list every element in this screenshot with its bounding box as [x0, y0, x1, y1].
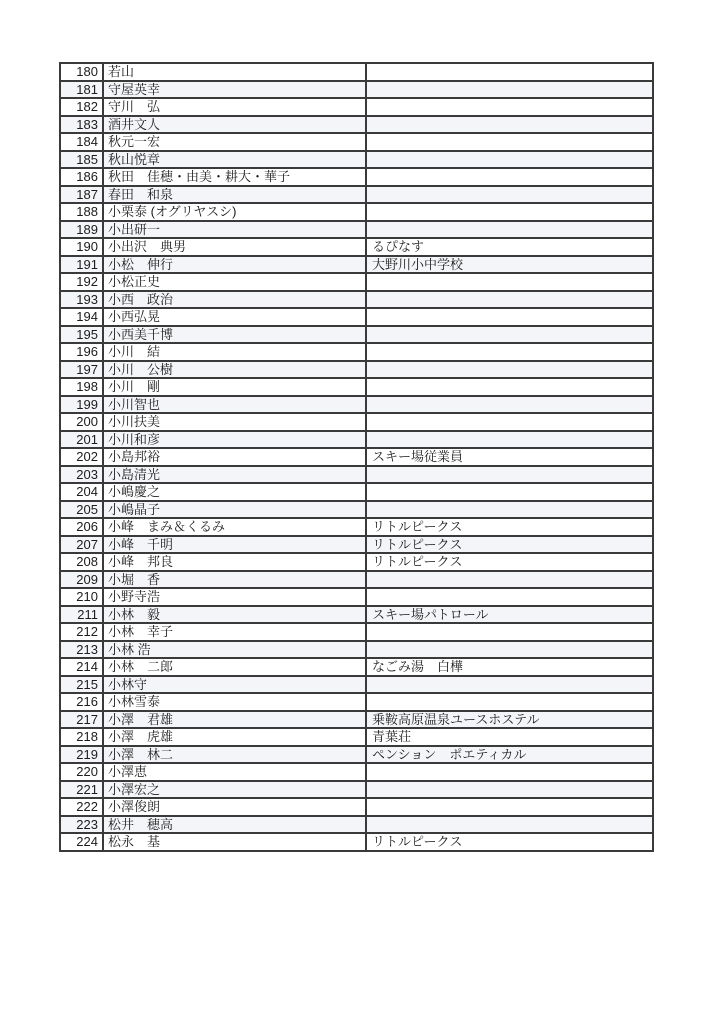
- cell-number: 204: [60, 483, 103, 501]
- table-row: 190小出沢 典男るぴなす: [60, 238, 653, 256]
- table-row: 222小澤俊朗: [60, 798, 653, 816]
- cell-name: 小林 毅: [103, 606, 366, 624]
- cell-name: 小澤恵: [103, 763, 366, 781]
- table-row: 204小嶋慶之: [60, 483, 653, 501]
- table-row: 220小澤恵: [60, 763, 653, 781]
- cell-affiliation: [366, 116, 653, 134]
- table-row: 187春田 和泉: [60, 186, 653, 204]
- cell-affiliation: [366, 291, 653, 309]
- cell-affiliation: [366, 693, 653, 711]
- cell-affiliation: [366, 326, 653, 344]
- table-row: 185秋山悦章: [60, 151, 653, 169]
- cell-name: 秋山悦章: [103, 151, 366, 169]
- cell-name: 春田 和泉: [103, 186, 366, 204]
- cell-affiliation: リトルピークス: [366, 536, 653, 554]
- cell-name: 小澤宏之: [103, 781, 366, 799]
- cell-affiliation: [366, 763, 653, 781]
- cell-number: 200: [60, 413, 103, 431]
- cell-name: 小堀 香: [103, 571, 366, 589]
- cell-affiliation: [366, 396, 653, 414]
- cell-number: 224: [60, 833, 103, 851]
- cell-number: 210: [60, 588, 103, 606]
- table-row: 215小林守: [60, 676, 653, 694]
- cell-name: 小峰 まみ＆くるみ: [103, 518, 366, 536]
- cell-name: 松永 基: [103, 833, 366, 851]
- cell-affiliation: [366, 186, 653, 204]
- cell-number: 196: [60, 343, 103, 361]
- table-row: 199小川智也: [60, 396, 653, 414]
- cell-number: 213: [60, 641, 103, 659]
- cell-affiliation: [366, 98, 653, 116]
- cell-affiliation: 乗鞍高原温泉ユースホステル: [366, 711, 653, 729]
- cell-affiliation: [366, 623, 653, 641]
- cell-number: 195: [60, 326, 103, 344]
- cell-number: 209: [60, 571, 103, 589]
- cell-number: 190: [60, 238, 103, 256]
- cell-number: 203: [60, 466, 103, 484]
- cell-affiliation: [366, 63, 653, 81]
- cell-name: 若山: [103, 63, 366, 81]
- cell-number: 193: [60, 291, 103, 309]
- cell-number: 197: [60, 361, 103, 379]
- cell-affiliation: [366, 781, 653, 799]
- cell-name: 守屋英幸: [103, 81, 366, 99]
- cell-affiliation: [366, 483, 653, 501]
- cell-number: 207: [60, 536, 103, 554]
- cell-name: 小松正史: [103, 273, 366, 291]
- table-row: 207小峰 千明リトルピークス: [60, 536, 653, 554]
- cell-name: 小峰 邦良: [103, 553, 366, 571]
- cell-affiliation: 大野川小中学校: [366, 256, 653, 274]
- cell-name: 小林雪泰: [103, 693, 366, 711]
- cell-number: 188: [60, 203, 103, 221]
- table-row: 218小澤 虎雄青葉荘: [60, 728, 653, 746]
- cell-number: 217: [60, 711, 103, 729]
- table-row: 191小松 伸行大野川小中学校: [60, 256, 653, 274]
- cell-affiliation: [366, 466, 653, 484]
- cell-name: 小西美千博: [103, 326, 366, 344]
- cell-name: 小川扶美: [103, 413, 366, 431]
- cell-name: 小嶋晶子: [103, 501, 366, 519]
- cell-number: 180: [60, 63, 103, 81]
- cell-number: 186: [60, 168, 103, 186]
- cell-affiliation: [366, 221, 653, 239]
- cell-name: 小川 剛: [103, 378, 366, 396]
- cell-name: 小川和彦: [103, 431, 366, 449]
- table-row: 212小林 幸子: [60, 623, 653, 641]
- table-row: 196小川 結: [60, 343, 653, 361]
- cell-affiliation: [366, 81, 653, 99]
- cell-number: 221: [60, 781, 103, 799]
- cell-name: 小川智也: [103, 396, 366, 414]
- table-row: 181守屋英幸: [60, 81, 653, 99]
- cell-number: 181: [60, 81, 103, 99]
- cell-name: 小林守: [103, 676, 366, 694]
- cell-number: 208: [60, 553, 103, 571]
- table-row: 217小澤 君雄乗鞍高原温泉ユースホステル: [60, 711, 653, 729]
- table-row: 184秋元一宏: [60, 133, 653, 151]
- table-row: 216小林雪泰: [60, 693, 653, 711]
- cell-number: 183: [60, 116, 103, 134]
- table-row: 214小林 二郎なごみ湯 白樺: [60, 658, 653, 676]
- cell-name: 小西 政治: [103, 291, 366, 309]
- cell-affiliation: [366, 168, 653, 186]
- cell-affiliation: [366, 308, 653, 326]
- table-row: 189小出研一: [60, 221, 653, 239]
- cell-name: 守川 弘: [103, 98, 366, 116]
- cell-name: 小松 伸行: [103, 256, 366, 274]
- cell-number: 194: [60, 308, 103, 326]
- cell-name: 小澤 君雄: [103, 711, 366, 729]
- cell-affiliation: [366, 571, 653, 589]
- cell-number: 220: [60, 763, 103, 781]
- cell-affiliation: 青葉荘: [366, 728, 653, 746]
- cell-number: 187: [60, 186, 103, 204]
- cell-number: 185: [60, 151, 103, 169]
- table-row: 194小西弘晃: [60, 308, 653, 326]
- cell-number: 201: [60, 431, 103, 449]
- cell-number: 215: [60, 676, 103, 694]
- cell-number: 211: [60, 606, 103, 624]
- table-row: 211小林 毅スキー場パトロール: [60, 606, 653, 624]
- cell-name: 秋元一宏: [103, 133, 366, 151]
- cell-name: 小野寺浩: [103, 588, 366, 606]
- cell-affiliation: ペンション ポエティカル: [366, 746, 653, 764]
- cell-number: 182: [60, 98, 103, 116]
- cell-affiliation: [366, 361, 653, 379]
- cell-name: 酒井文人: [103, 116, 366, 134]
- table-row: 188小栗泰 (オグリヤスシ): [60, 203, 653, 221]
- table-row: 209小堀 香: [60, 571, 653, 589]
- table-row: 202小島邦裕スキー場従業員: [60, 448, 653, 466]
- cell-number: 219: [60, 746, 103, 764]
- table-row: 206小峰 まみ＆くるみリトルピークス: [60, 518, 653, 536]
- cell-number: 184: [60, 133, 103, 151]
- cell-affiliation: [366, 133, 653, 151]
- cell-affiliation: [366, 431, 653, 449]
- cell-affiliation: [366, 343, 653, 361]
- cell-name: 小澤 虎雄: [103, 728, 366, 746]
- cell-affiliation: [366, 501, 653, 519]
- table-row: 180若山: [60, 63, 653, 81]
- cell-affiliation: [366, 676, 653, 694]
- table-row: 192小松正史: [60, 273, 653, 291]
- table-row: 182守川 弘: [60, 98, 653, 116]
- cell-affiliation: リトルピークス: [366, 833, 653, 851]
- cell-name: 小川 結: [103, 343, 366, 361]
- guest-list-rows: 180若山181守屋英幸182守川 弘183酒井文人184秋元一宏185秋山悦章…: [60, 63, 653, 851]
- cell-affiliation: なごみ湯 白樺: [366, 658, 653, 676]
- table-row: 186秋田 佳穂・由美・耕大・華子: [60, 168, 653, 186]
- table-row: 224松永 基リトルピークス: [60, 833, 653, 851]
- cell-affiliation: [366, 641, 653, 659]
- guest-list-table: 180若山181守屋英幸182守川 弘183酒井文人184秋元一宏185秋山悦章…: [59, 62, 654, 852]
- cell-name: 小出沢 典男: [103, 238, 366, 256]
- cell-name: 小島邦裕: [103, 448, 366, 466]
- cell-affiliation: [366, 273, 653, 291]
- table-row: 183酒井文人: [60, 116, 653, 134]
- table-row: 208小峰 邦良リトルピークス: [60, 553, 653, 571]
- cell-affiliation: [366, 378, 653, 396]
- cell-number: 198: [60, 378, 103, 396]
- cell-number: 192: [60, 273, 103, 291]
- cell-affiliation: [366, 588, 653, 606]
- cell-number: 206: [60, 518, 103, 536]
- cell-affiliation: リトルピークス: [366, 553, 653, 571]
- cell-name: 小嶋慶之: [103, 483, 366, 501]
- cell-number: 191: [60, 256, 103, 274]
- table-row: 201小川和彦: [60, 431, 653, 449]
- cell-number: 212: [60, 623, 103, 641]
- table-row: 203小島清光: [60, 466, 653, 484]
- table-row: 223松井 穂高: [60, 816, 653, 834]
- table-row: 198小川 剛: [60, 378, 653, 396]
- cell-name: 小島清光: [103, 466, 366, 484]
- table-row: 205小嶋晶子: [60, 501, 653, 519]
- cell-number: 205: [60, 501, 103, 519]
- cell-name: 小澤 林二: [103, 746, 366, 764]
- cell-name: 小西弘晃: [103, 308, 366, 326]
- cell-number: 216: [60, 693, 103, 711]
- cell-name: 小林 浩: [103, 641, 366, 659]
- table-row: 195小西美千博: [60, 326, 653, 344]
- table-row: 200小川扶美: [60, 413, 653, 431]
- cell-affiliation: スキー場従業員: [366, 448, 653, 466]
- cell-name: 松井 穂高: [103, 816, 366, 834]
- cell-name: 秋田 佳穂・由美・耕大・華子: [103, 168, 366, 186]
- cell-name: 小出研一: [103, 221, 366, 239]
- table-row: 210小野寺浩: [60, 588, 653, 606]
- cell-affiliation: るぴなす: [366, 238, 653, 256]
- table-row: 219小澤 林二ペンション ポエティカル: [60, 746, 653, 764]
- cell-name: 小峰 千明: [103, 536, 366, 554]
- cell-number: 189: [60, 221, 103, 239]
- cell-affiliation: [366, 816, 653, 834]
- cell-number: 223: [60, 816, 103, 834]
- cell-name: 小栗泰 (オグリヤスシ): [103, 203, 366, 221]
- cell-affiliation: [366, 203, 653, 221]
- cell-name: 小林 幸子: [103, 623, 366, 641]
- cell-name: 小川 公樹: [103, 361, 366, 379]
- cell-number: 222: [60, 798, 103, 816]
- cell-number: 218: [60, 728, 103, 746]
- cell-affiliation: スキー場パトロール: [366, 606, 653, 624]
- cell-affiliation: [366, 151, 653, 169]
- cell-affiliation: [366, 798, 653, 816]
- table-row: 213小林 浩: [60, 641, 653, 659]
- table-row: 221小澤宏之: [60, 781, 653, 799]
- cell-number: 214: [60, 658, 103, 676]
- table-row: 193小西 政治: [60, 291, 653, 309]
- cell-name: 小澤俊朗: [103, 798, 366, 816]
- cell-affiliation: [366, 413, 653, 431]
- table-row: 197小川 公樹: [60, 361, 653, 379]
- cell-affiliation: リトルピークス: [366, 518, 653, 536]
- cell-name: 小林 二郎: [103, 658, 366, 676]
- document-page: 180若山181守屋英幸182守川 弘183酒井文人184秋元一宏185秋山悦章…: [0, 0, 725, 1024]
- cell-number: 199: [60, 396, 103, 414]
- cell-number: 202: [60, 448, 103, 466]
